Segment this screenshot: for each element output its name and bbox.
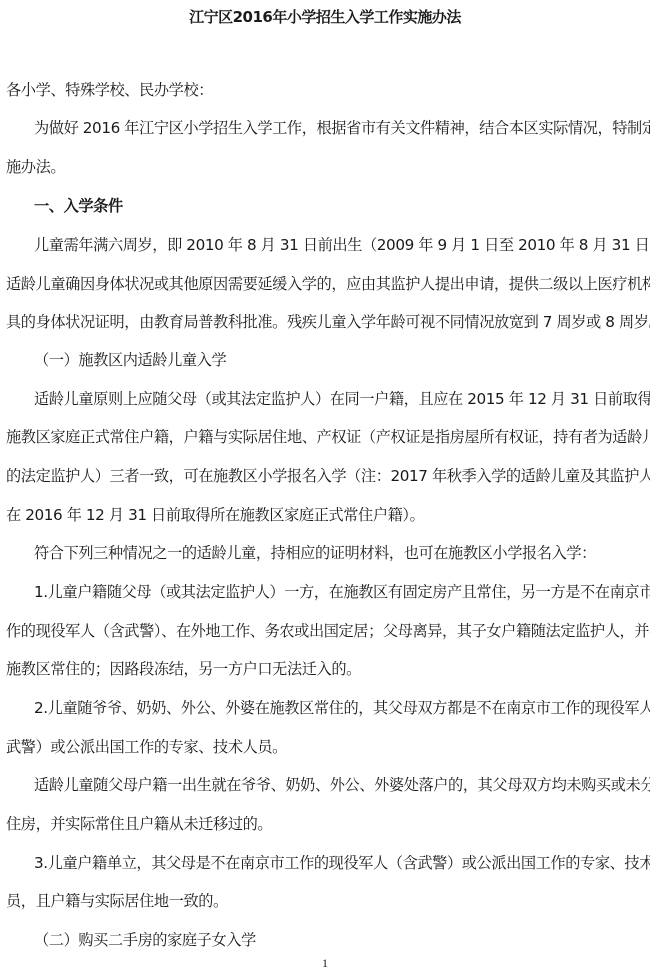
paragraph-line: 住房，并实际常住且户籍从未迁移过的。 (6, 814, 646, 834)
page-number: 1 (0, 956, 650, 971)
paragraph-line: 3.儿童户籍单立，其父母是不在南京市工作的现役军人（含武警）或公派出国工作的专家… (34, 853, 650, 873)
paragraph-line: 员，且户籍与实际居住地一致的。 (6, 891, 646, 911)
paragraph-line: （一）施教区内适龄儿童入学 (34, 350, 650, 370)
paragraph-line: 适龄儿童随父母户籍一出生就在爷爷、奶奶、外公、外婆处落户的，其父母双方均未购买或… (34, 775, 650, 795)
paragraph-line: 各小学、特殊学校、民办学校： (6, 80, 646, 100)
paragraph-line: 作的现役军人（含武警）、在外地工作、务农或出国定居；父母离异，其子女户籍随法定监… (6, 621, 646, 641)
paragraph-line: 适龄儿童确因身体状况或其他原因需要延缓入学的，应由其监护人提出申请，提供二级以上… (6, 274, 646, 294)
paragraph-line: 为做好 2016 年江宁区小学招生入学工作，根据省市有关文件精神，结合本区实际情… (34, 118, 650, 138)
paragraph-line: 施教区家庭正式常住户籍，户籍与实际居住地、产权证（产权证是指房屋所有权证，持有者… (6, 427, 646, 447)
paragraph-line: 武警）或公派出国工作的专家、技术人员。 (6, 737, 646, 757)
paragraph-line: 儿童需年满六周岁，即 2010 年 8 月 31 日前出生（2009 年 9 月… (34, 235, 650, 255)
paragraph-line: （二）购买二手房的家庭子女入学 (34, 930, 650, 950)
paragraph-line: 的法定监护人）三者一致，可在施教区小学报名入学（注：2017 年秋季入学的适龄儿… (6, 466, 646, 486)
paragraph-line: 具的身体状况证明，由教育局普教科批准。残疾儿童入学年龄可视不同情况放宽到 7 周… (6, 312, 646, 332)
paragraph-line: 在 2016 年 12 月 31 日前取得所在施教区家庭正式常住户籍）。 (6, 505, 646, 525)
paragraph-line: 施办法。 (6, 157, 646, 177)
document-title: 江宁区2016年小学招生入学工作实施办法 (0, 6, 650, 27)
section-heading: 一、入学条件 (34, 196, 650, 216)
paragraph-line: 施教区常住的；因路段冻结，另一方户口无法迁入的。 (6, 659, 646, 679)
paragraph-line: 符合下列三种情况之一的适龄儿童，持相应的证明材料，也可在施教区小学报名入学： (34, 543, 650, 563)
paragraph-line: 1.儿童户籍随父母（或其法定监护人）一方，在施教区有固定房产且常住，另一方是不在… (34, 582, 650, 602)
paragraph-line: 2.儿童随爷爷、奶奶、外公、外婆在施教区常住的，其父母双方都是不在南京市工作的现… (34, 698, 650, 718)
paragraph-line: 适龄儿童原则上应随父母（或其法定监护人）在同一户籍，且应在 2015 年 12 … (34, 389, 650, 409)
